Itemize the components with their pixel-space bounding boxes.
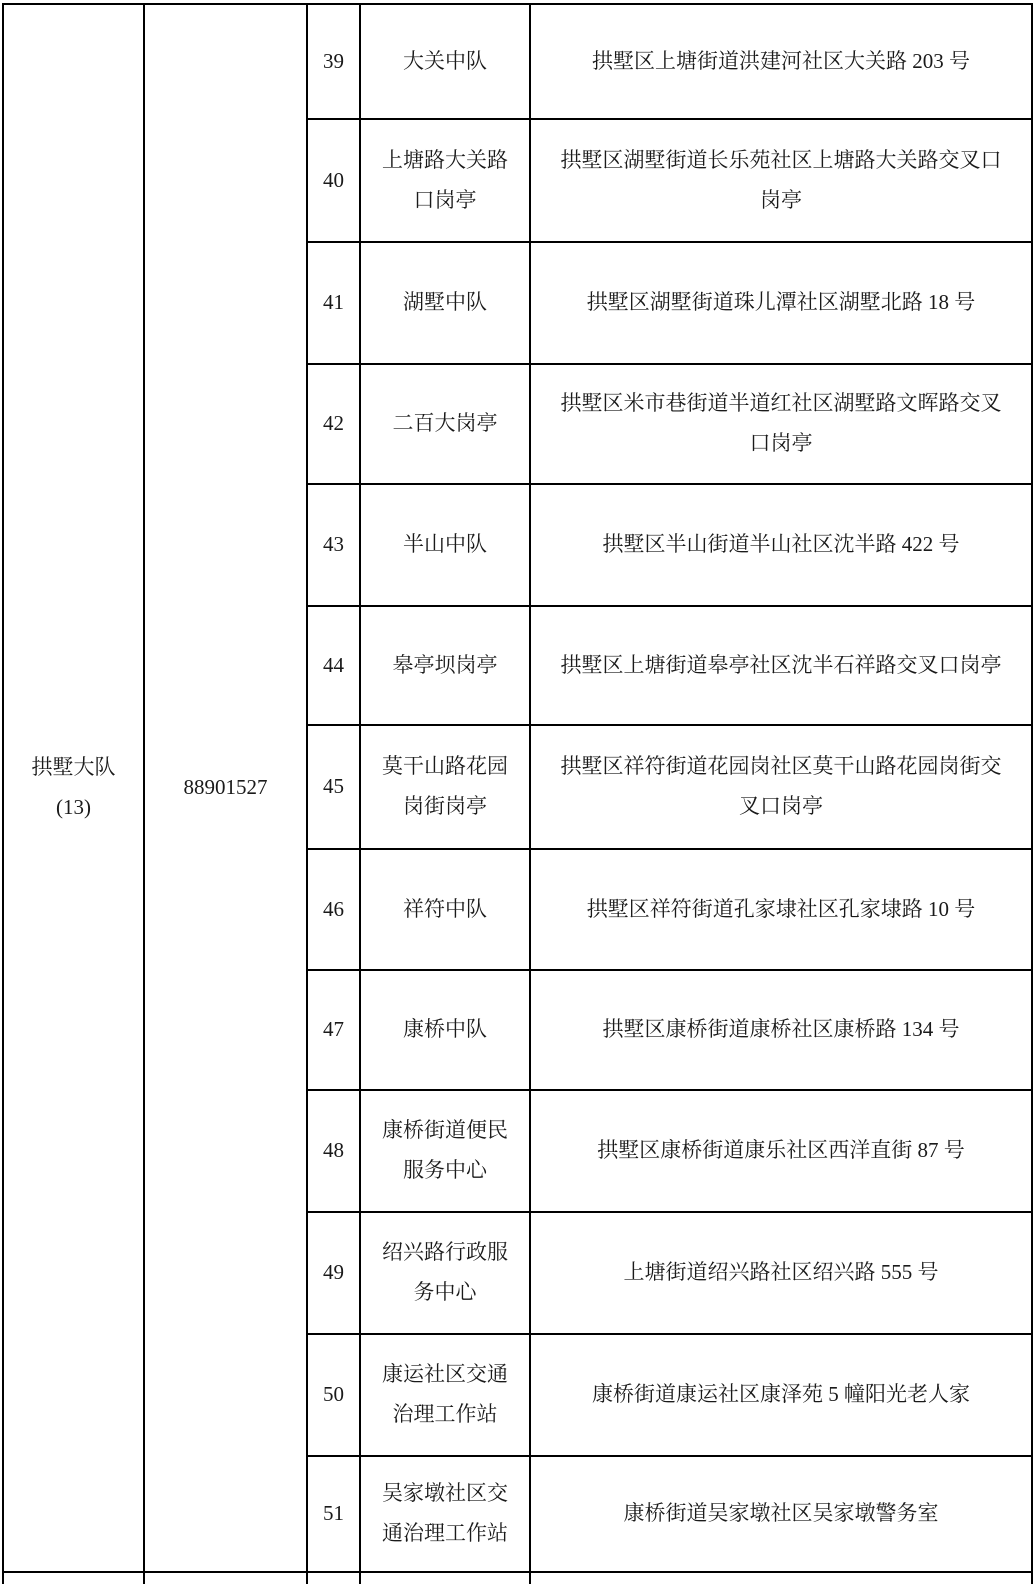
station-name: 绍兴路行政服 务中心 (360, 1212, 530, 1334)
police-station-table: 拱墅大队(13) 88901527 39 大关中队 拱墅区上塘街道洪建河社区大关… (2, 3, 1033, 1584)
station-name: 康桥中队 (360, 970, 530, 1090)
row-number: 50 (307, 1334, 360, 1456)
station-address: 拱墅区康桥街道康乐社区西洋直街 87 号 (530, 1090, 1032, 1212)
next-row-sliver (3, 1572, 1032, 1584)
row-number: 45 (307, 725, 360, 849)
row-number: 47 (307, 970, 360, 1090)
row-number: 51 (307, 1456, 360, 1572)
station-name: 皋亭坝岗亭 (360, 606, 530, 725)
row-number: 40 (307, 119, 360, 242)
station-address: 拱墅区祥符街道花园岗社区莫干山路花园岗街交 叉口岗亭 (530, 725, 1032, 849)
row-number: 46 (307, 849, 360, 970)
station-name: 康桥街道便民 服务中心 (360, 1090, 530, 1212)
station-name: 大关中队 (360, 4, 530, 119)
station-name: 上塘路大关路 口岗亭 (360, 119, 530, 242)
station-name: 二百大岗亭 (360, 364, 530, 484)
station-name: 康运社区交通 治理工作站 (360, 1334, 530, 1456)
row-number: 49 (307, 1212, 360, 1334)
document-page: 拱墅大队(13) 88901527 39 大关中队 拱墅区上塘街道洪建河社区大关… (0, 0, 1034, 1592)
station-name: 半山中队 (360, 484, 530, 606)
row-number: 41 (307, 242, 360, 364)
station-address: 拱墅区湖墅街道长乐苑社区上塘路大关路交叉口 岗亭 (530, 119, 1032, 242)
sliver-cell (530, 1572, 1032, 1584)
sliver-cell (144, 1572, 307, 1584)
row-number: 44 (307, 606, 360, 725)
station-address: 拱墅区上塘街道皋亭社区沈半石祥路交叉口岗亭 (530, 606, 1032, 725)
sliver-cell (307, 1572, 360, 1584)
station-name: 莫干山路花园 岗街岗亭 (360, 725, 530, 849)
station-address: 拱墅区米市巷街道半道红社区湖墅路文晖路交叉 口岗亭 (530, 364, 1032, 484)
row-number: 39 (307, 4, 360, 119)
unit-phone-cell: 88901527 (144, 4, 307, 1572)
station-address: 拱墅区半山街道半山社区沈半路 422 号 (530, 484, 1032, 606)
station-address: 拱墅区祥符街道孔家埭社区孔家埭路 10 号 (530, 849, 1032, 970)
sliver-cell (3, 1572, 144, 1584)
unit-name: 拱墅大队 (32, 755, 116, 779)
station-address: 拱墅区上塘街道洪建河社区大关路 203 号 (530, 4, 1032, 119)
sliver-cell (360, 1572, 530, 1584)
station-address: 康桥街道吴家墩社区吴家墩警务室 (530, 1456, 1032, 1572)
table-row: 拱墅大队(13) 88901527 39 大关中队 拱墅区上塘街道洪建河社区大关… (3, 4, 1032, 119)
station-name: 吴家墩社区交 通治理工作站 (360, 1456, 530, 1572)
station-address: 拱墅区湖墅街道珠儿潭社区湖墅北路 18 号 (530, 242, 1032, 364)
row-number: 43 (307, 484, 360, 606)
row-number: 48 (307, 1090, 360, 1212)
station-address: 康桥街道康运社区康泽苑 5 幢阳光老人家 (530, 1334, 1032, 1456)
station-address: 拱墅区康桥街道康桥社区康桥路 134 号 (530, 970, 1032, 1090)
station-address: 上塘街道绍兴路社区绍兴路 555 号 (530, 1212, 1032, 1334)
station-name: 祥符中队 (360, 849, 530, 970)
unit-count: (13) (56, 795, 91, 819)
unit-name-cell: 拱墅大队(13) (3, 4, 144, 1572)
station-name: 湖墅中队 (360, 242, 530, 364)
row-number: 42 (307, 364, 360, 484)
